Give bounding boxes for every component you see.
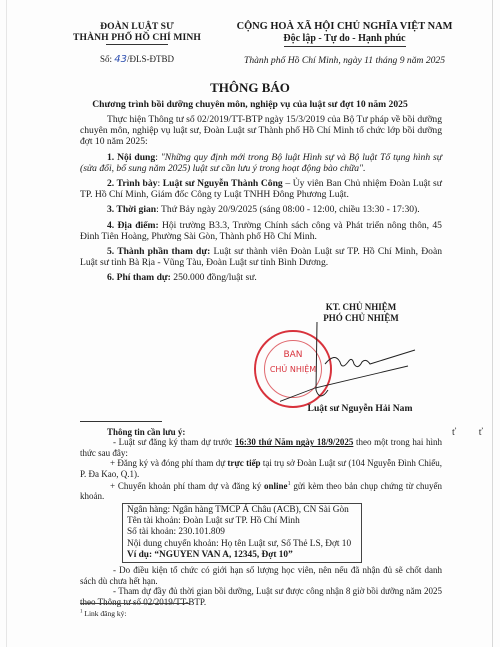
item-label: 5. Thành phần tham dự: bbox=[107, 246, 210, 257]
issuer-org-line1: ĐOÀN LUẬT SƯ bbox=[62, 21, 212, 32]
national-header: CỘNG HOÀ XÃ HỘI CHỦ NGHĨA VIỆT NAM Độc l… bbox=[222, 21, 467, 66]
signer-name: Luật sư Nguyễn Hải Nam bbox=[300, 403, 420, 414]
item-content: 1. Nội dung: "Những quy định mới trong B… bbox=[80, 152, 442, 174]
document-page: ĐOÀN LUẬT SƯ THÀNH PHỐ HỒ CHÍ MINH Số: 4… bbox=[0, 0, 500, 647]
item-label: 4. Địa điểm: bbox=[107, 220, 159, 231]
motto-underline bbox=[284, 46, 406, 47]
document-body: Thực hiện Thông tư số 02/2019/TT-BTP ngà… bbox=[80, 114, 442, 288]
page-edge-left bbox=[6, 0, 7, 647]
item-text: 250.000 đồng/luật sư. bbox=[173, 272, 257, 283]
issuer-underline bbox=[106, 44, 168, 45]
page-edge-right bbox=[492, 0, 493, 647]
national-motto: Độc lập - Tự do - Hạnh phúc bbox=[222, 33, 467, 45]
document-subtitle: Chương trình bồi dưỡng chuyên môn, nghiệ… bbox=[0, 99, 500, 110]
option-online: + Chuyển khoản phí tham dự và đăng ký on… bbox=[80, 479, 442, 502]
registration-deadline: - Luật sư đăng ký tham dự trước 16:30 th… bbox=[80, 437, 442, 458]
notes-section: Thông tin cần lưu ý: - Luật sư đăng ký t… bbox=[80, 427, 442, 607]
national-title: CỘNG HOÀ XÃ HỘI CHỦ NGHĨA VIỆT NAM bbox=[222, 21, 467, 33]
issuer-org-line2: THÀNH PHỐ HỒ CHÍ MINH bbox=[62, 32, 212, 43]
item-label: 6. Phí tham dự: bbox=[107, 272, 171, 283]
note-text: + Chuyển khoản phí tham dự và đăng ký bbox=[110, 481, 264, 491]
presenter-name: Luật sư Nguyễn Thành Công bbox=[163, 178, 283, 189]
item-text: Thứ Bảy ngày 20/9/2025 (sáng 08:00 - 12:… bbox=[161, 204, 420, 215]
item-label: 2. Trình bày bbox=[107, 178, 157, 189]
item-fee: 6. Phí tham dự: 250.000 đồng/luật sư. bbox=[80, 272, 442, 283]
account-number: Số tài khoản: 230.101.809 bbox=[127, 527, 357, 538]
document-title: THÔNG BÁO bbox=[0, 80, 500, 96]
signature-title-1: KT. CHỦ NHIỆM bbox=[316, 302, 406, 313]
item-label: 1. Nội dung bbox=[107, 152, 155, 163]
note-bold: online bbox=[264, 481, 288, 491]
note-text: + Đăng ký và đóng phí tham dự bbox=[110, 458, 227, 468]
note-limit: - Do điều kiện tổ chức có giới hạn số lư… bbox=[80, 565, 442, 586]
issuer-header: ĐOÀN LUẬT SƯ THÀNH PHỐ HỒ CHÍ MINH Số: 4… bbox=[62, 21, 212, 65]
document-number: Số: 43/ĐLS-ĐTBD bbox=[62, 54, 212, 65]
item-label: 3. Thời gian bbox=[107, 204, 156, 215]
notes-separator bbox=[80, 421, 162, 422]
place-date: Thành phố Hồ Chí Minh, ngày 11 tháng 9 n… bbox=[222, 55, 467, 66]
option-in-person: + Đăng ký và đóng phí tham dự trực tiếp … bbox=[80, 458, 442, 479]
item-location: 4. Địa điểm: Hội trường B3.3, Trường Chí… bbox=[80, 220, 442, 242]
transfer-content: Nội dung chuyển khoản: Họ tên Luật sư, S… bbox=[127, 539, 357, 550]
margin-marks: ť ť bbox=[452, 427, 493, 438]
item-participants: 5. Thành phần tham dự: Luật sư thành viê… bbox=[80, 246, 442, 268]
example-value: “NGUYEN VAN A, 12345, Đợt 10” bbox=[154, 550, 292, 560]
item-presenter: 2. Trình bày: Luật sư Nguyễn Thành Công … bbox=[80, 178, 442, 200]
footnote-separator bbox=[80, 603, 190, 604]
transfer-example: Ví dụ: “NGUYEN VAN A, 12345, Đợt 10” bbox=[127, 550, 357, 561]
notes-heading: Thông tin cần lưu ý: bbox=[80, 427, 442, 437]
note-text: - Luật sư đăng ký tham dự trước bbox=[113, 437, 235, 447]
document-number-handwritten: 43 bbox=[114, 54, 127, 65]
deadline-text: 16:30 thứ Năm ngày 18/9/2025 bbox=[235, 437, 353, 447]
document-number-suffix: /ĐLS-ĐTBD bbox=[127, 54, 174, 64]
footnote-text: Link đăng ký: bbox=[83, 609, 127, 618]
document-number-prefix: Số: bbox=[100, 54, 114, 64]
bank-info-box: Ngân hàng: Ngân hàng TMCP Á Châu (ACB), … bbox=[122, 503, 362, 563]
handwritten-signature-icon bbox=[280, 320, 420, 410]
intro-paragraph: Thực hiện Thông tư số 02/2019/TT-BTP ngà… bbox=[80, 114, 442, 148]
item-time: 3. Thời gian: Thứ Bảy ngày 20/9/2025 (sá… bbox=[80, 204, 442, 215]
note-bold: trực tiếp bbox=[227, 458, 260, 468]
footnote: 1 Link đăng ký: bbox=[80, 609, 126, 618]
example-label: Ví dụ: bbox=[127, 550, 154, 560]
account-name: Tên tài khoản: Đoàn Luật sư TP. Hồ Chí M… bbox=[127, 516, 357, 527]
bank-name: Ngân hàng: Ngân hàng TMCP Á Châu (ACB), … bbox=[127, 505, 357, 516]
